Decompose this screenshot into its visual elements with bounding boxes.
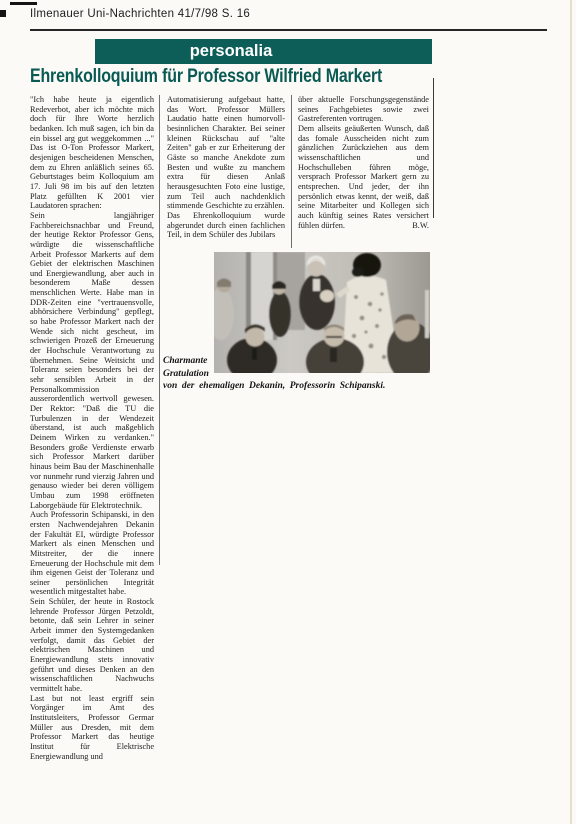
paragraph: über aktuelle Forschungsgegenstände sein… [298,95,429,124]
article-column-3: über aktuelle Forschungsgegenstände sein… [298,95,429,230]
paragraph: "Ich habe heute ja eigentlich Redeverbot… [30,95,154,211]
section-banner-label: personalia [95,39,367,64]
paragraph: Sein Schüler, der heute in Rostock lehre… [30,597,154,694]
column-rule-right [433,78,434,218]
article-column-1: "Ich habe heute ja eigentlich Redeverbot… [30,95,154,761]
article-title: Ehrenkolloquium für Professor Wilfried M… [30,66,382,88]
paragraph: Last but not least ergriff sein Vorgänge… [30,694,154,762]
paragraph: Das Ehrenkolloquium wurde abgerundet dur… [167,211,285,240]
photo-caption: von der ehemaligen Dekanin, Professorin … [163,381,423,391]
paragraph: Auch Professorin Schipanski, in den erst… [30,510,154,597]
masthead-rule [30,29,547,31]
article-column-2: Automatisierung aufgebaut hatte, das Wor… [167,95,285,240]
paragraph: Dem allseits geäußerten Wunsch, daß das … [298,124,429,230]
photo-caption-word: Gratulation [163,368,213,381]
masthead: Ilmenauer Uni-Nachrichten 41/7/98 S. 16 [30,8,250,20]
scanned-newsletter-page: Ilmenauer Uni-Nachrichten 41/7/98 S. 16 … [0,0,576,824]
article-photo [214,252,430,373]
paragraph: Sein langjähriger Fachbereichsnachbar un… [30,211,154,510]
photo-caption-side: Charmante Gratulation [163,355,213,381]
author-initials: B.W. [412,221,429,231]
column-divider-1 [159,95,160,565]
registration-mark-square [0,10,6,17]
paragraph: Automatisierung aufgebaut hatte, das Wor… [167,95,285,211]
photo-illustration [214,252,430,373]
photo-caption-word: Charmante [163,355,213,368]
paragraph-text: Dem allseits geäußerten Wunsch, daß das … [298,124,429,230]
registration-mark-bar [10,2,37,5]
scan-page-edge [570,0,572,824]
section-banner: personalia [95,39,432,64]
column-divider-2 [291,95,292,248]
